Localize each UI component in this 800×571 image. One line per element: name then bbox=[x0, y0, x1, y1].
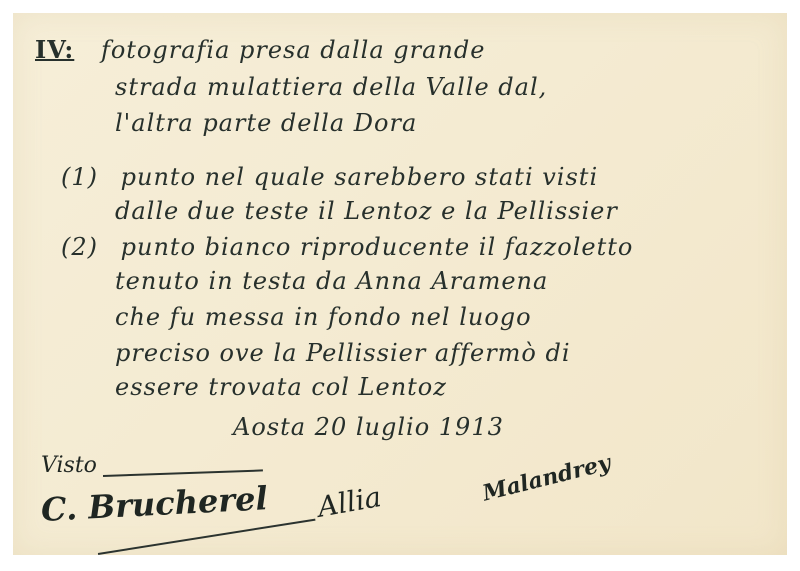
heading-line-3: l'altra parte della Dora bbox=[115, 109, 417, 137]
signature-malandrey: Malandrey bbox=[480, 450, 613, 507]
note-2-line-1: (2) punto bianco riproducente il fazzole… bbox=[61, 233, 633, 261]
signature-allia: Allia bbox=[315, 480, 384, 524]
note-2-line-2: tenuto in testa da Anna Aramena bbox=[115, 267, 548, 295]
heading-line-2: strada mulattiera della Valle dal, bbox=[115, 73, 547, 101]
heading-line-1: IV: fotografia presa dalla grande bbox=[35, 35, 485, 64]
place-date: Aosta 20 luglio 1913 bbox=[233, 413, 504, 441]
note-marker: (1) bbox=[61, 163, 98, 191]
note-1-line-1: (1) punto nel quale sarebbero stati vist… bbox=[61, 163, 598, 191]
note-2-line-3: che fu messa in fondo nel luogo bbox=[115, 303, 532, 331]
text-line: punto nel quale sarebbero stati visti bbox=[121, 163, 598, 191]
visto-underline bbox=[103, 469, 263, 476]
note-2-line-5: essere trovata col Lentoz bbox=[115, 373, 447, 401]
note-2-line-4: preciso ove la Pellissier affermò di bbox=[115, 339, 571, 367]
document-page: IV: fotografia presa dalla grande strada… bbox=[13, 13, 787, 555]
visto-label: Visto bbox=[41, 453, 97, 478]
signature-brucherel: C. Brucherel bbox=[40, 479, 269, 529]
text-line: punto bianco riproducente il fazzoletto bbox=[121, 233, 634, 261]
note-marker: (2) bbox=[61, 233, 98, 261]
section-numeral: IV: bbox=[35, 35, 74, 64]
text-line: fotografia presa dalla grande bbox=[101, 36, 486, 64]
note-1-line-2: dalle due teste il Lentoz e la Pellissie… bbox=[115, 197, 618, 225]
